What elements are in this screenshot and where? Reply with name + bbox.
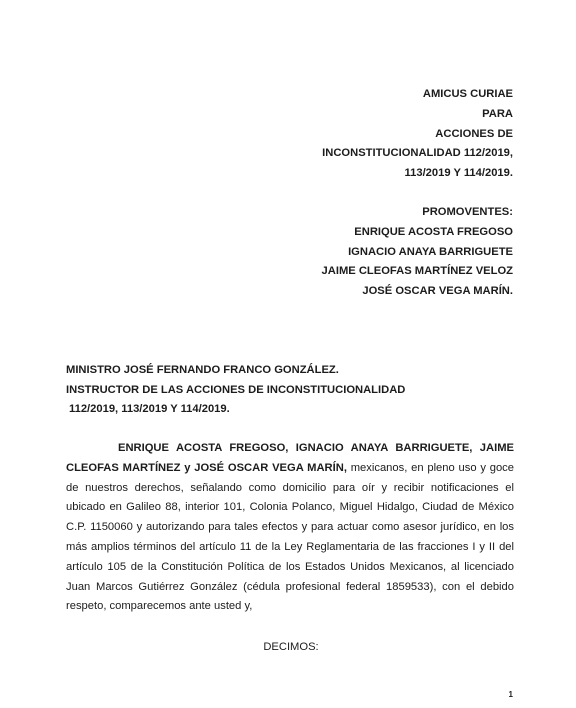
addressee-block: MINISTRO JOSÉ FERNANDO FRANCO GONZÁLEZ. … [66,361,405,420]
promovente-name: ENRIQUE ACOSTA FREGOSO [322,223,513,243]
case-caption: AMICUS CURIAE PARA ACCIONES DE INCONSTIT… [322,85,513,184]
addressee-line: INSTRUCTOR DE LAS ACCIONES DE INCONSTITU… [66,381,405,401]
caption-line: PARA [322,105,513,125]
addressee-line: MINISTRO JOSÉ FERNANDO FRANCO GONZÁLEZ. [66,361,405,381]
caption-line: AMICUS CURIAE [322,85,513,105]
addressee-line: 112/2019, 113/2019 Y 114/2019. [66,400,405,420]
body-text: mexicanos, en pleno uso y goce de nuestr… [66,462,514,613]
promoventes-heading: PROMOVENTES: [322,203,513,223]
caption-line: INCONSTITUCIONALIDAD 112/2019, [322,144,513,164]
section-heading: DECIMOS: [0,637,576,657]
body-paragraph: ENRIQUE ACOSTA FREGOSO, IGNACIO ANAYA BA… [66,439,514,617]
caption-line: ACCIONES DE [322,125,513,145]
promovente-name: JOSÉ OSCAR VEGA MARÍN. [322,282,513,302]
document-page: AMICUS CURIAE PARA ACCIONES DE INCONSTIT… [0,0,576,708]
promoventes-block: PROMOVENTES: ENRIQUE ACOSTA FREGOSO IGNA… [322,203,513,302]
caption-line: 113/2019 Y 114/2019. [322,164,513,184]
promovente-name: IGNACIO ANAYA BARRIGUETE [322,243,513,263]
promovente-name: JAIME CLEOFAS MARTÍNEZ VELOZ [322,262,513,282]
page-number: 1 [509,690,513,699]
